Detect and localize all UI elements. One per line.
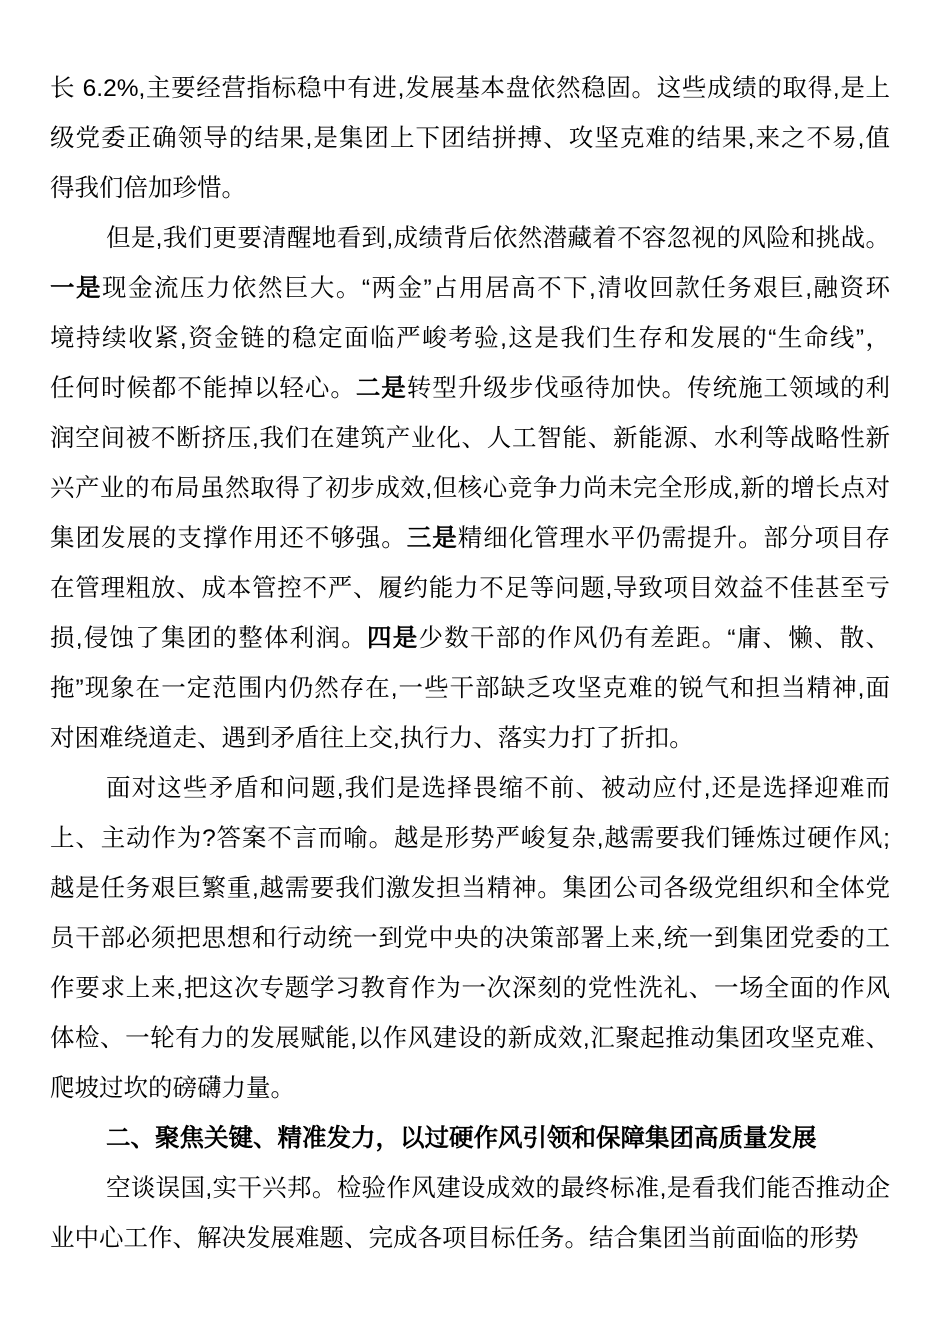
text-line: 业中心工作、解决发展难题、完成各项目标任务。结合集团当前面临的形势 (50, 1214, 890, 1264)
text-run: 爬坡过坎的磅礴力量。 (50, 1075, 295, 1102)
text-line: 体检、一轮有力的发展赋能,以作风建设的新成效,汇聚起推动集团攻坚克难、 (50, 1014, 890, 1064)
text-line: 兴产业的布局虽然取得了初步成效,但核心竞争力尚未完全形成,新的增长点对 (50, 464, 890, 514)
text-line: 任何时候都不能掉以轻心。二是转型升级步伐亟待加快。传统施工领域的利 (50, 364, 890, 414)
text-line: 级党委正确领导的结果,是集团上下团结拼搏、攻坚克难的结果,来之不易,值 (50, 114, 890, 164)
text-run: 对困难绕道走、遇到矛盾往上交,执行力、落实力打了折扣。 (50, 725, 694, 752)
text-run: 级党委正确领导的结果,是集团上下团结拼搏、攻坚克难的结果,来之不易,值 (50, 125, 890, 152)
text-run: 任何时候都不能掉以轻心。 (50, 375, 356, 402)
text-run: 在管理粗放、成本管控不严、履约能力不足等问题,导致项目效益不佳甚至亏 (50, 575, 890, 602)
text-line: 境持续收紧,资金链的稳定面临严峻考验,这是我们生存和发展的“生命线”， (50, 314, 890, 364)
text-line: 越是任务艰巨繁重,越需要我们激发担当精神。集团公司各级党组织和全体党 (50, 864, 890, 914)
document-page: 长 6.2%,主要经营指标稳中有进,发展基本盘依然稳固。这些成绩的取得,是上级党… (0, 0, 950, 1344)
text-run: 面对这些矛盾和问题,我们是选择畏缩不前、被动应付,还是选择迎难而 (106, 775, 890, 802)
text-run: 得我们倍加珍惜。 (50, 175, 246, 202)
text-run: 精细化管理水平仍需提升。部分项目存 (458, 525, 890, 552)
bold-text-run: 二是 (356, 375, 407, 402)
text-run: 但是,我们更要清醒地看到,成绩背后依然潜藏着不容忽视的风险和挑战。 (106, 225, 890, 252)
text-run: 体检、一轮有力的发展赋能,以作风建设的新成效,汇聚起推动集团攻坚克难、 (50, 1025, 890, 1052)
text-line: 拖”现象在一定范围内仍然存在,一些干部缺乏攻坚克难的锐气和担当精神,面 (50, 664, 890, 714)
text-run: 集团发展的支撑作用还不够强。 (50, 525, 407, 552)
text-run: 上、主动作为?答案不言而喻。越是形势严峻复杂,越需要我们锤炼过硬作风; (50, 825, 890, 852)
text-line: 一是现金流压力依然巨大。“两金”占用居高不下,清收回款任务艰巨,融资环 (50, 264, 890, 314)
text-line: 面对这些矛盾和问题,我们是选择畏缩不前、被动应付,还是选择迎难而 (50, 764, 890, 814)
text-run: 作要求上来,把这次专题学习教育作为一次深刻的党性洗礼、一场全面的作风 (50, 975, 890, 1002)
text-line: 长 6.2%,主要经营指标稳中有进,发展基本盘依然稳固。这些成绩的取得,是上 (50, 64, 890, 114)
text-run: 空谈误国,实干兴邦。检验作风建设成效的最终标准,是看我们能否推动企 (106, 1175, 890, 1202)
text-run: 润空间被不断挤压,我们在建筑产业化、人工智能、新能源、水利等战略性新 (50, 425, 890, 452)
bold-text-run: 三是 (407, 525, 458, 552)
bold-text-run: 二、聚焦关键、精准发力，以过硬作风引领和保障集团高质量发展 (106, 1125, 817, 1152)
text-line: 但是,我们更要清醒地看到,成绩背后依然潜藏着不容忽视的风险和挑战。 (50, 214, 890, 264)
text-run: 转型升级步伐亟待加快。传统施工领域的利 (407, 375, 890, 402)
text-run: 业中心工作、解决发展难题、完成各项目标任务。结合集团当前面临的形势 (50, 1225, 859, 1252)
text-line: 作要求上来,把这次专题学习教育作为一次深刻的党性洗礼、一场全面的作风 (50, 964, 890, 1014)
text-line: 损,侵蚀了集团的整体利润。四是少数干部的作风仍有差距。“庸、懒、散、 (50, 614, 890, 664)
text-line: 对困难绕道走、遇到矛盾往上交,执行力、落实力打了折扣。 (50, 714, 890, 764)
text-line: 在管理粗放、成本管控不严、履约能力不足等问题,导致项目效益不佳甚至亏 (50, 564, 890, 614)
text-line: 空谈误国,实干兴邦。检验作风建设成效的最终标准,是看我们能否推动企 (50, 1164, 890, 1214)
text-line: 员干部必须把思想和行动统一到党中央的决策部署上来,统一到集团党委的工 (50, 914, 890, 964)
text-line: 润空间被不断挤压,我们在建筑产业化、人工智能、新能源、水利等战略性新 (50, 414, 890, 464)
bold-text-run: 一是 (50, 275, 102, 302)
text-run: 少数干部的作风仍有差距。“庸、懒、散、 (418, 625, 890, 652)
text-run: 损,侵蚀了集团的整体利润。 (50, 625, 367, 652)
text-run: 兴产业的布局虽然取得了初步成效,但核心竞争力尚未完全形成,新的增长点对 (50, 475, 890, 502)
text-run: 拖”现象在一定范围内仍然存在,一些干部缺乏攻坚克难的锐气和担当精神,面 (50, 675, 890, 702)
section-heading: 二、聚焦关键、精准发力，以过硬作风引领和保障集团高质量发展 (50, 1114, 890, 1164)
text-line: 爬坡过坎的磅礴力量。 (50, 1064, 890, 1114)
text-line: 得我们倍加珍惜。 (50, 164, 890, 214)
document-body: 长 6.2%,主要经营指标稳中有进,发展基本盘依然稳固。这些成绩的取得,是上级党… (50, 64, 890, 1264)
text-line: 集团发展的支撑作用还不够强。三是精细化管理水平仍需提升。部分项目存 (50, 514, 890, 564)
text-run: 现金流压力依然巨大。“两金”占用居高不下,清收回款任务艰巨,融资环 (102, 275, 890, 302)
text-run: 员干部必须把思想和行动统一到党中央的决策部署上来,统一到集团党委的工 (50, 925, 890, 952)
text-run: 越是任务艰巨繁重,越需要我们激发担当精神。集团公司各级党组织和全体党 (50, 875, 890, 902)
text-run: 境持续收紧,资金链的稳定面临严峻考验,这是我们生存和发展的“生命线”， (50, 325, 890, 352)
text-line: 上、主动作为?答案不言而喻。越是形势严峻复杂,越需要我们锤炼过硬作风; (50, 814, 890, 864)
text-run: 长 6.2%,主要经营指标稳中有进,发展基本盘依然稳固。这些成绩的取得,是上 (50, 75, 890, 102)
bold-text-run: 四是 (367, 625, 419, 652)
